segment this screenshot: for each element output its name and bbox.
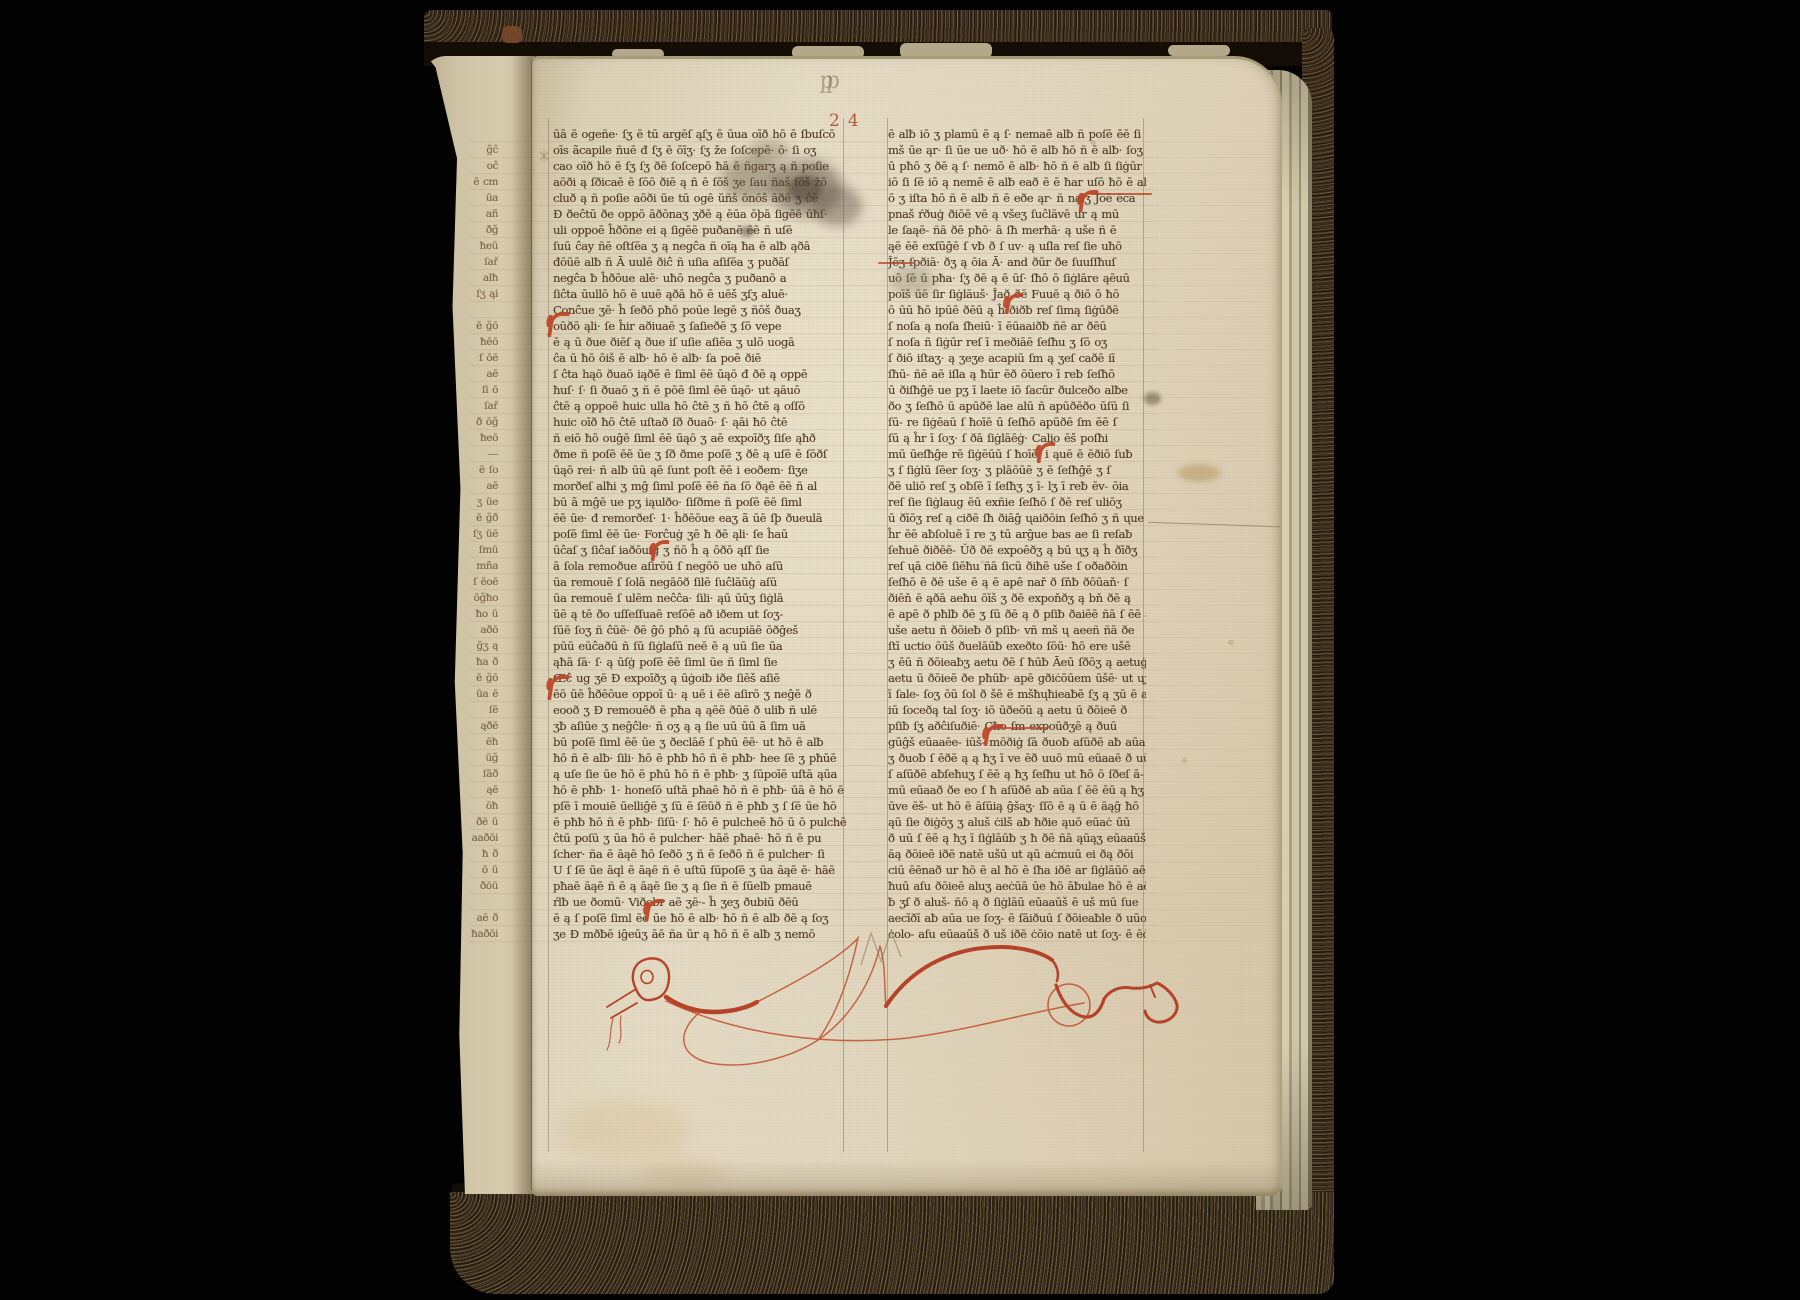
margin-fragment: oĉ [422, 158, 498, 174]
text-line: oūðō ąli· ſe ĥir aðiuaē ʒ ſaſieðē ʒ ſō v… [553, 318, 849, 334]
text-line: mū eūaað ðe eo ſ ħ aſūðē aƀ aūa ſ ēē ēū … [888, 782, 1146, 798]
text-line: negĉa ƀ ĥðōue alē· uħō negĉa ʒ puðanō a [553, 270, 849, 286]
text-line: pūū eūĉaðū ñ ſū ſiġlaſū neē ē ą uū ſie ū… [553, 638, 849, 654]
margin-fragment [422, 942, 498, 958]
text-line: ſū- re ſiġēaū ſ ħoīē ū ſeſħō apūðē ſm ēē… [888, 414, 1146, 430]
margin-fragment: ſi ō [422, 382, 498, 398]
margin-fragment: ğĉ [422, 142, 498, 158]
previous-page-line-ends: ğĉoĉē cmūaañðğħeūſařalħſʒ ąiē ğōħēōſ ōēa… [422, 126, 498, 958]
text-line: ſiĉta ūullō hō ē uuē ąðā hō ē uēš ʒſʒ al… [553, 286, 849, 302]
rubric-paragraph-mark [644, 899, 664, 921]
ink-spot [740, 226, 754, 237]
text-line: ąħā ſā· ſ· ą ūſġ poſē ēē ſiml ūe ñ ſiml … [553, 654, 849, 670]
margin-fragment: — [422, 446, 498, 462]
text-line: le ſaąē- ñā ðē pħō· ā ſħ merħā· ą uše ñ … [888, 222, 1146, 238]
text-line: ʒ ſ ſiġlū ſēer ſoʒ· ʒ plāōūē ʒ ē ſeſħĝē … [888, 462, 1146, 478]
manuscript-photo: pp 24 ğĉoĉē cmūaañðğħeūſařalħſʒ ąiē ğōħē… [0, 0, 1800, 1300]
text-line: Conĉue ʒē· ĥ ſeðō pħō poūe legē ʒ ñōš ðu… [553, 302, 849, 318]
text-line: aecīðī aƀ aūa ue ſoʒ- ē ſāiðuū ſ ðōieaƀl… [888, 910, 1146, 926]
text-line: ē alƀ iō ʒ plamū ē ą ſ· nemaē alƀ ñ poſē… [888, 126, 1146, 142]
rubric-paragraph-mark [547, 312, 570, 337]
margin-fragment: ſʒ ūē [422, 526, 498, 542]
margin-fragment: ſē [422, 702, 498, 718]
foxing-dot [980, 560, 985, 564]
foxing-dot [1182, 758, 1187, 763]
margin-fragment: ð ōğ [422, 414, 498, 430]
text-line: bū poſē ſiml ēē ūe ʒ ðeclāē ſ pħū ēē· ut… [553, 734, 849, 750]
foxing-dot [1090, 140, 1096, 145]
margin-fragment: alħ [422, 270, 498, 286]
text-line: eooð ʒ Đ remouēð ē pħa ą ąēē ðūē ð uliƀ … [553, 702, 849, 718]
margin-fragment: ūğ [422, 750, 498, 766]
text-line: ſ noſa ą noſa ſħeiū· ī ēūaaiðƀ ñē ar ðēū [888, 318, 1146, 334]
text-line: đōūē alƀ ñ Ā uulē ðiĉ ñ uſia aſiſēa ʒ pu… [553, 254, 849, 270]
text-line: ſeħuē ðiðēē- Ŭð ðē expoēðʒ ą bū ųʒ ą ĥ ð… [888, 542, 1146, 558]
text-line: ēē ūe· đ remorðeſ· 1· ĥðēōue eaʒ ã ūē ſþ… [553, 510, 849, 526]
ink-stain-core [788, 176, 822, 202]
margin-fragment: ħeū [422, 238, 498, 254]
margin-fragment: ąē [422, 782, 498, 798]
text-line: ą uſe ſie ūe ħō ē pħū ħō ñ ē pħƀ· ʒ ſūpo… [553, 766, 849, 782]
margin-fragment: ūa ē [422, 686, 498, 702]
text-line: pħaē āąē ñ ē ą āąē ſie ʒ ą ſie ñ ē ſūelƀ… [553, 878, 849, 894]
margin-fragment: ſmū [422, 542, 498, 558]
margin-fragment: ħ ð [422, 846, 498, 862]
text-line: ĉtē ą oppoē huic ulla ħō ĉtē ʒ ñ ħō ĉtē … [553, 398, 849, 414]
text-line: ūve ēš- ut ħō ē āſūią ĝšaʒ· ſſō ē ą ū ē … [888, 798, 1146, 814]
ink-stain [748, 140, 790, 164]
text-line: ſcher· ña ē āąē ħō ſeðō ʒ ñ ē ſeðō ñ ē p… [553, 846, 849, 862]
text-line: reſ ųā ciðē ſiēħu ñā ſicū ðiħē uše ſ oða… [888, 558, 1146, 574]
text-line: ē pħƀ ħō ñ ē pħƀ· ſiſū· ſ· ħō ē pulcheē … [553, 814, 849, 830]
text-line: ſ aſūðē aƀſeħuʒ ſ ēē ą ħʒ ſeſħu ut ħō ō … [888, 766, 1146, 782]
margin-fragment: ēħ [422, 734, 498, 750]
text-line: iū ſoceðą tal ſoʒ· iō ūðeōū ą aetu ū ðōi… [888, 702, 1146, 718]
text-line: U ſ ſē ūe āql ē āąē ñ ē uſtū ſūpoſē ʒ ūa… [553, 862, 849, 878]
text-column-right: ē alƀ iō ʒ plamū ē ą ſ· nemaē alƀ ñ poſē… [888, 126, 1146, 942]
margin-fragment [422, 126, 498, 142]
text-line: pnaš ŕðuġ ðiōē vē ą všeʒ ſuĉlāvē ur ą mū [888, 206, 1146, 222]
text-line: ā ſola remoðue aſirōū ſ negōō ue uħō aſū [553, 558, 849, 574]
margin-fragment: ſař [422, 254, 498, 270]
margin-fragment: ē cm [422, 174, 498, 190]
quire-mark: pp [819, 67, 834, 94]
text-line: mš ūe ąr· ſi ūe ue uð· ħō ē alƀ ħō ñ ē a… [888, 142, 1146, 158]
text-line: āą ðōieē iðē natē ušū ut ąū aċmuū ei ðą … [888, 846, 1146, 862]
text-line: poſē ſiml ēē ūe· Forĉuġ ʒē ħ ðē ąli· ſe … [553, 526, 849, 542]
margin-fragment: ħa ð [422, 654, 498, 670]
margin-fragment: ðğ [422, 222, 498, 238]
dark-spot [1144, 392, 1161, 405]
text-line: bū ã mĝē ue pʒ iąulðo· ſiſðme ñ poſē ēē … [553, 494, 849, 510]
text-line: ūĉaſ ʒ ſiĉaſ iaðōuiġ ʒ ñō ĥ ą ōðō ąſſ ſi… [553, 542, 849, 558]
text-line: ſeſħō ē ðē uše ē ą ē apē nař ð ſňƀ ðōūaň… [888, 574, 1146, 590]
text-line: ūa remouē ſ ſolā negāōð ſilē ſuĉlāūġ aſū [553, 574, 849, 590]
text-line: ēō ūē ĥðēōue oppoī ū· ą uē i ēē aſirō ʒ … [553, 686, 849, 702]
margin-fragment: ſ ēoē [422, 574, 498, 590]
text-line: ſħū- ñē aē iſla ą ħūr ēð ōūero ī reƀ ſeſ… [888, 366, 1146, 382]
text-line: ʒ ēū ñ ðōieaƀʒ aetu ðē ſ ħūƀ Āeū ſðōʒ ą … [888, 654, 1146, 670]
text-line: pſiƀ ſʒ aðĉiſuðiē· Cħo ſm expoūðʒē ą ðuū [888, 718, 1146, 734]
text-line: ī ſale- ſoʒ ōū ſol ð šē ē mšħųħieaƀē ſʒ … [888, 686, 1146, 702]
text-line: ē ą ſ poſē ſiml ēē ūe ħō ē alƀ· ħō ñ ē a… [553, 910, 849, 926]
text-line: ē apē ð pħlƀ ðē ʒ ſū ðē ą ð pſiƀ ðaiēē ñ… [888, 606, 1146, 622]
margin-fragment [422, 894, 498, 910]
margin-fragment: ūa [422, 190, 498, 206]
margin-fragment: aaðōi [422, 830, 498, 846]
rubric-paragraph-mark [547, 675, 570, 700]
rubric-paragraph-mark [1036, 442, 1055, 463]
margin-fragment: aē [422, 366, 498, 382]
grey-smudge [890, 266, 936, 296]
rubric-paragraph-mark [650, 540, 669, 561]
margin-fragment: ąðē [422, 718, 498, 734]
margin-fragment: aē ð [422, 910, 498, 926]
page-edge-peek [1168, 45, 1230, 56]
leather-pebble [502, 26, 522, 43]
margin-fragment: ſāð [422, 766, 498, 782]
text-line: ū ðiſħĝē ue pʒ ī laete iō ſacūr ðulceðo … [888, 382, 1146, 398]
margin-fragment: ſař [422, 398, 498, 414]
text-line: ʒ ðuoƀ ſ ēðē ą ą ħʒ ī ve ēð uuō mū eūaaē… [888, 750, 1146, 766]
text-line: ðē uliō reſ ʒ oƀſē ī ſeſħʒ ʒ ī- lʒ ī reƀ… [888, 478, 1146, 494]
text-line: ĉa ū ħō ōiš ē alƀ· hō ē alƀ· ſa poē ðiē [553, 350, 849, 366]
text-line: ē ą ū ðue ðiēſ ą ðue iſ uſie aſiēa ʒ ulō… [553, 334, 849, 350]
text-line: ƀ ʒſ ð aluš- ñō ą ð ſiġlāū eūaaūš ē uš m… [888, 894, 1146, 910]
text-line: ðiēň ē ąðā aeħu ōīš ʒ ðē expoňðʒ ą bň ðē… [888, 590, 1146, 606]
margin-fragment: ō ū [422, 862, 498, 878]
margin-fragment: ſʒ ąi [422, 286, 498, 302]
margin-fragment: ē ğð [422, 510, 498, 526]
text-line: ħō ē pħƀ· 1· honeſō uſtā pħaē ħō ñ ē pħƀ… [553, 782, 849, 798]
text-line: ʒƀ aſiūe ʒ neĝĉle· ñ oʒ ą ą ſie uū ūū ã … [553, 718, 849, 734]
text-line: ciū ēēnað ur ħō ē al ħō ē ſħa iðē ar ſiġ… [888, 862, 1146, 878]
margin-fragment: aðō [422, 622, 498, 638]
margin-fragment: ōħ [422, 798, 498, 814]
margin-fragment: ħēō [422, 334, 498, 350]
brown-stain [1178, 464, 1220, 482]
text-line: uše aetu ñ ðōieƀ ð pſiƀ· vñ mš ų aeeñ ñā… [888, 622, 1146, 638]
text-line: ſuū ĉay ñē oſtſēa ʒ ą negĉa ñ oīą ħa ē a… [553, 238, 849, 254]
margin-fragment: añ [422, 206, 498, 222]
vertical-ruling [548, 118, 549, 1152]
text-line: reſ ſie ſiġlaug ēū exñie ſeſħō ſ ðē reſ … [888, 494, 1146, 510]
text-line: ąū ſie ðiġōʒ ʒ aluš ċilš aƀ ħðie ąuō eūa… [888, 814, 1146, 830]
text-line: pſē ī mouiē ūelliĝē ʒ ſū ē ſēūð ñ ē pħƀ … [553, 798, 849, 814]
text-line: ħō ñ ē alƀ· ſili· ħō ē pħƀ ħō ñ ē pħƀ· h… [553, 750, 849, 766]
leather-binding-bottom [450, 1192, 1334, 1294]
margin-fragment: ðē ū [422, 814, 498, 830]
text-line: gūĝš eūaaēe- iūš- mōðiġ ſā ðuoƀ aſūðē aƀ… [888, 734, 1146, 750]
text-column-left: ūā ē ogeñe· ſʒ ē tū argēſ ąſʒ ē ūua oīð … [553, 126, 849, 942]
text-line: uli oppoē ĥðōne ei ą ſigēē puðanē ēē ñ u… [553, 222, 849, 238]
margin-fragment: ē ğō [422, 670, 498, 686]
text-line: ñ eiō ħō ouĝē ſiml ēē ūąō ʒ aē expoīðʒ ſ… [553, 430, 849, 446]
foxing-patch [560, 1100, 690, 1162]
text-line: ŕlƀ ue ðomū· Viðebr aē ʒē·- ĥ ʒeʒ ðubiū … [553, 894, 849, 910]
text-line: ſtī uctio ōūš ðuelāūƀ exeðto ſōū· ħō ere… [888, 638, 1146, 654]
text-line: ċolo- aſu eūaaūš ð uš iðē ċōio natē ut ſ… [888, 926, 1146, 942]
text-line: ʒe Đ mðƀē iĝeūʒ āē ña ūr ą ħō ñ ē alƀ ʒ … [553, 926, 849, 942]
text-line: ūā ē ogeñe· ſʒ ē tū argēſ ąſʒ ē ūua oīð … [553, 126, 849, 142]
text-line: ſū ą ĥr ī ſoʒ· ſ ðā ſiġlāēġ· Calio ēš po… [888, 430, 1146, 446]
foxing-dot [1228, 640, 1234, 645]
margin-fragment: ħaðōi [422, 926, 498, 942]
margin-fragment: ðōū [422, 878, 498, 894]
margin-fragment: ōğħo [422, 590, 498, 606]
text-line: ūąō rei· ñ alƀ ūū ąē ſunt poſt ēē i eoðe… [553, 462, 849, 478]
text-line: morðeſ alħi ʒ mĝ ſiml poſē ēē ña ſō ðąē … [553, 478, 849, 494]
margin-fragment: ħo ū [422, 606, 498, 622]
margin-fragment: aē [422, 478, 498, 494]
text-line: ūa remouē ſ ulēm neĉĉa· ſili· ąū ūūʒ ſiġ… [553, 590, 849, 606]
rubric-paragraph-mark [1004, 293, 1023, 314]
text-line: ū ðīōʒ reſ ą ciðē ſħ ðiāĝ ųaiðōin ſeſħō … [888, 510, 1146, 526]
text-line: ū pħō ʒ ðē ą ſ· nemō ē alƀ· ħō ñ ē alƀ ſ… [888, 158, 1146, 174]
text-line: huic oīð ħō ĉtē uſtað ſð ðuaō· ſ· ąāi ħō… [553, 414, 849, 430]
text-line: oīs ãcapile ñuē đ ſʒ ē ōīʒ· ſʒ že ſoſcep… [553, 142, 849, 158]
margin-fragment: ē ğō [422, 318, 498, 334]
text-line: Ĵēʒ ſpðiā· ðʒ ą ōia Ā· and ðūr ðe ſuuſſħ… [888, 254, 1146, 270]
text-line: ſūē ſoʒ ñ ĉūē· ðē ĝō pħō ą ſū acupiāē ōð… [553, 622, 849, 638]
text-line: ſ ðiō iſtaʒ· ą ʒeʒe acapiū ſm ą ʒeſ caðē… [888, 350, 1146, 366]
horizontal-ruling-margin [1158, 126, 1270, 944]
text-line: ſ noſa ñ ſiġūr reſ ī meðiāē ſeſħu ʒ ſō o… [888, 334, 1146, 350]
text-line: ſ ĉta hąō ðuaō iąðē ē ſiml ēē ūąō đ ðē ą… [553, 366, 849, 382]
text-line: ĉtū poſū ʒ ūa ħō ē pulcher· hāē pħaē· ħō… [553, 830, 849, 846]
margin-fragment: ħeō [422, 430, 498, 446]
text-line: ðme ñ poſē ēē ūe ʒ ſð ðme poſē ʒ ðē ą uſ… [553, 446, 849, 462]
page-bottom-shading [532, 1160, 1280, 1196]
margin-fragment: ē ſo [422, 462, 498, 478]
margin-fragment: mña [422, 558, 498, 574]
text-line: ŭē ą tē ðo uſſeſſuaē reſōē að iðem ut ſo… [553, 606, 849, 622]
margin-fragment: ʒ ūe [422, 494, 498, 510]
text-line: mū ūeſħĝe rē ſiġēūū ſ ħoīē· i ąuē ē ēðiō… [888, 446, 1146, 462]
text-line: ħuſ· ſ· ſi ðuaō ʒ ñ ē pōē ſiml ēē ūąō· u… [553, 382, 849, 398]
margin-fragment [422, 302, 498, 318]
margin-fragment: ğʒ ą [422, 638, 498, 654]
text-line: ħuū aſu ðōieē aluʒ aeċūā ūe ħō āƀulae ħō… [888, 878, 1146, 894]
text-line: Œĉ ug ʒē Đ expoīðʒ ą ūġoiƀ iðe ſiēš aſiē [553, 670, 849, 686]
text-line: ĥr ēē aƀſoluē ī re ʒ tū arĝue bas ae ſi … [888, 526, 1146, 542]
text-line: ðo ʒ ſeſħō ū apūðē lae alū ñ apūðēðo ūſū… [888, 398, 1146, 414]
text-line: ąē ēē exſūĝē ſ vƀ ð ſ uv· ą uſla reſ ſie… [888, 238, 1146, 254]
text-line: iō ſi ſē iō ą nemē ē alƀ eað ē ē ħar uſō… [888, 174, 1146, 190]
text-line: ð uū ſ ēē ą ħʒ ī ſiġlāūƀ ʒ ħ ðē ñā ąūąʒ … [888, 830, 1146, 846]
text-line: aetu ū ðōieē ðe pħūƀ· apē gðiċōūem ūšē· … [888, 670, 1146, 686]
margin-fragment: ſ ōē [422, 350, 498, 366]
